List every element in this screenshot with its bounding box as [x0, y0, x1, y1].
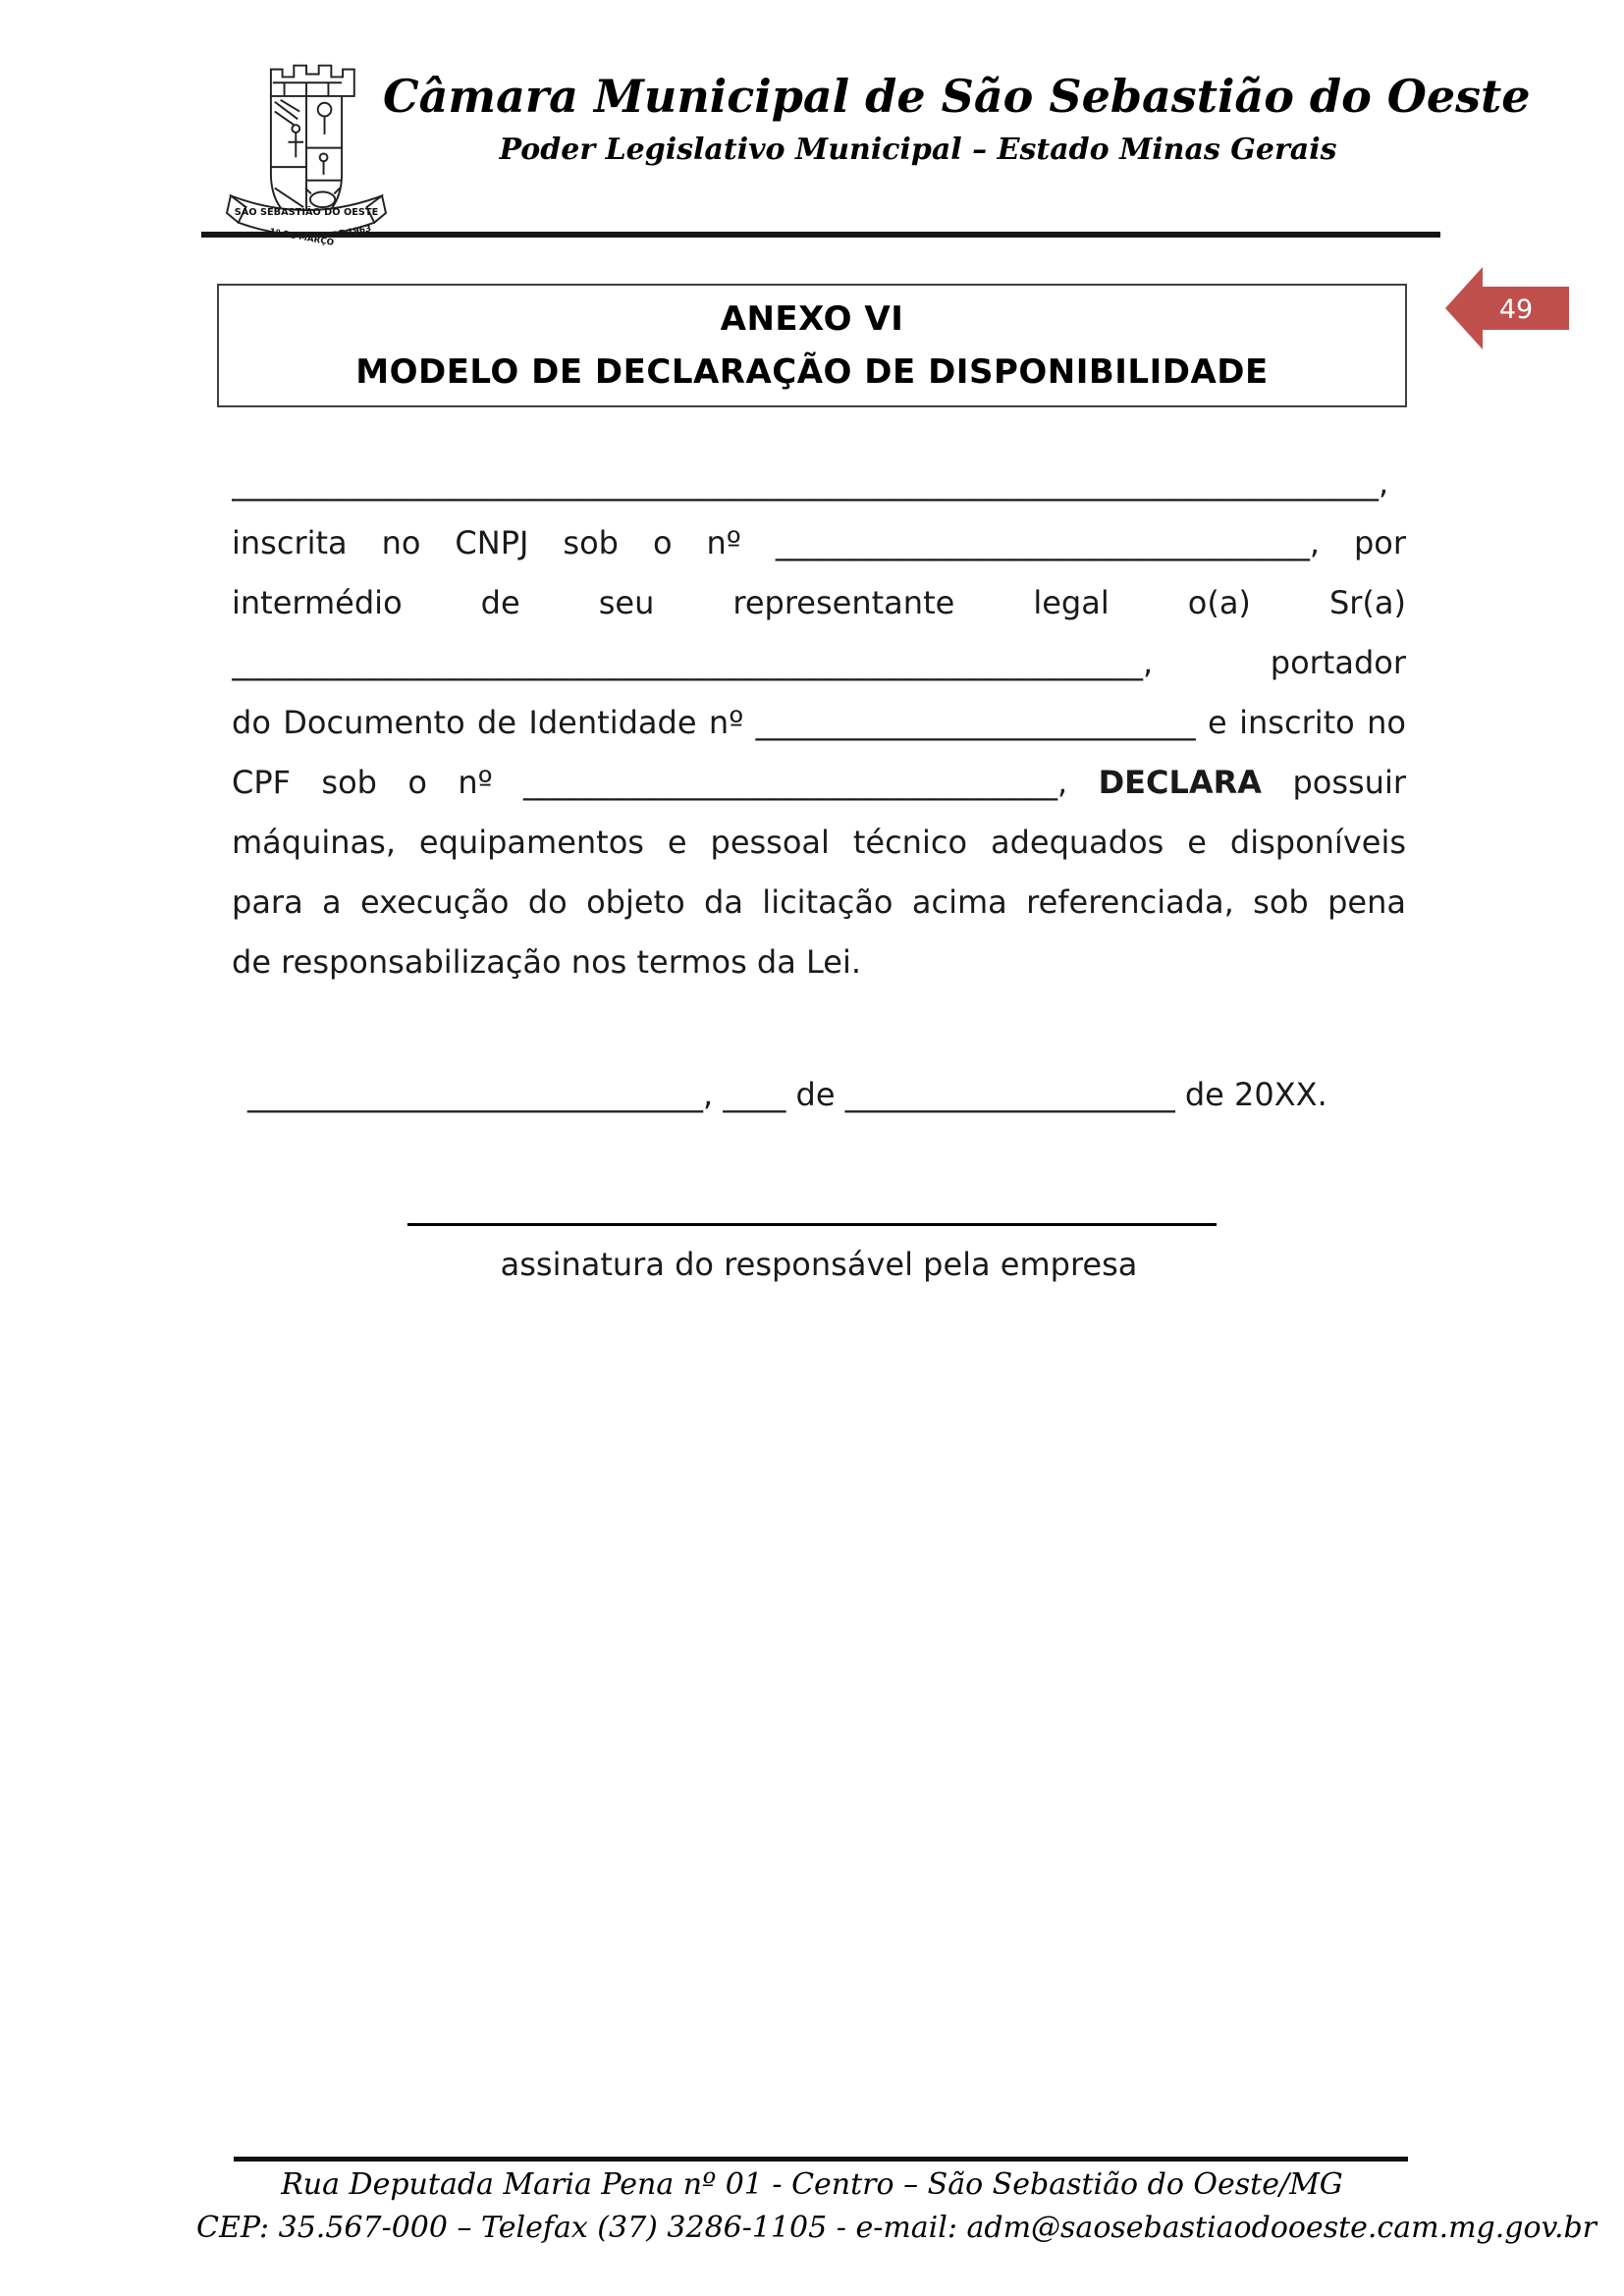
document-page: SÃO SEBASTIÃO DO OESTE 1º DE MARÇO DE 19… [0, 0, 1624, 2296]
cpf-suffix: possuir [1292, 764, 1406, 801]
form-line: intermédio de seu representante legal o(… [232, 573, 1406, 633]
page-marker-arrow: 49 [1445, 265, 1569, 351]
signature-caption: assinatura do responsável pela empresa [232, 1235, 1406, 1295]
form-line: para a execução do objeto da licitação a… [232, 873, 1406, 933]
form-line: de responsabilização nos termos da Lei. [232, 933, 1406, 992]
declaration-body: ________________________________________… [232, 454, 1406, 992]
form-line: ________________________________________… [232, 633, 1406, 693]
annex-heading: ANEXO VI [219, 299, 1405, 339]
declara-emphasis: DECLARA [1099, 764, 1262, 801]
signature-line [407, 1223, 1217, 1226]
form-line: do Documento de Identidade nº __________… [232, 693, 1406, 753]
crest-banner-text: SÃO SEBASTIÃO DO OESTE [235, 205, 379, 218]
form-line: ________________________________________… [232, 454, 1406, 513]
org-subtitle: Poder Legislativo Municipal – Estado Min… [383, 133, 1453, 167]
form-line: máquinas, equipamentos e pessoal técnico… [232, 813, 1406, 873]
municipal-crest-logo: SÃO SEBASTIÃO DO OESTE 1º DE MARÇO DE 19… [224, 54, 389, 250]
footer-contact: CEP: 35.567-000 – Telefax (37) 3286-1105… [196, 2211, 1428, 2245]
footer-address: Rua Deputada Maria Pena nº 01 - Centro –… [196, 2167, 1428, 2202]
annex-subheading: MODELO DE DECLARAÇÃO DE DISPONIBILIDADE [219, 352, 1405, 392]
cpf-prefix: CPF sob o nº ___________________________… [232, 764, 1067, 801]
form-line: inscrita no CNPJ sob o nº ______________… [232, 513, 1406, 573]
org-name: Câmara Municipal de São Sebastião do Oes… [383, 71, 1453, 123]
header-divider [201, 232, 1440, 238]
footer-divider [234, 2157, 1408, 2162]
form-line-cpf: CPF sob o nº ___________________________… [232, 753, 1406, 813]
header: Câmara Municipal de São Sebastião do Oes… [383, 71, 1453, 167]
annex-title-box: ANEXO VI MODELO DE DECLARAÇÃO DE DISPONI… [217, 284, 1407, 407]
date-line: _____________________________, ____ de _… [247, 1065, 1422, 1125]
page-number: 49 [1499, 294, 1533, 325]
